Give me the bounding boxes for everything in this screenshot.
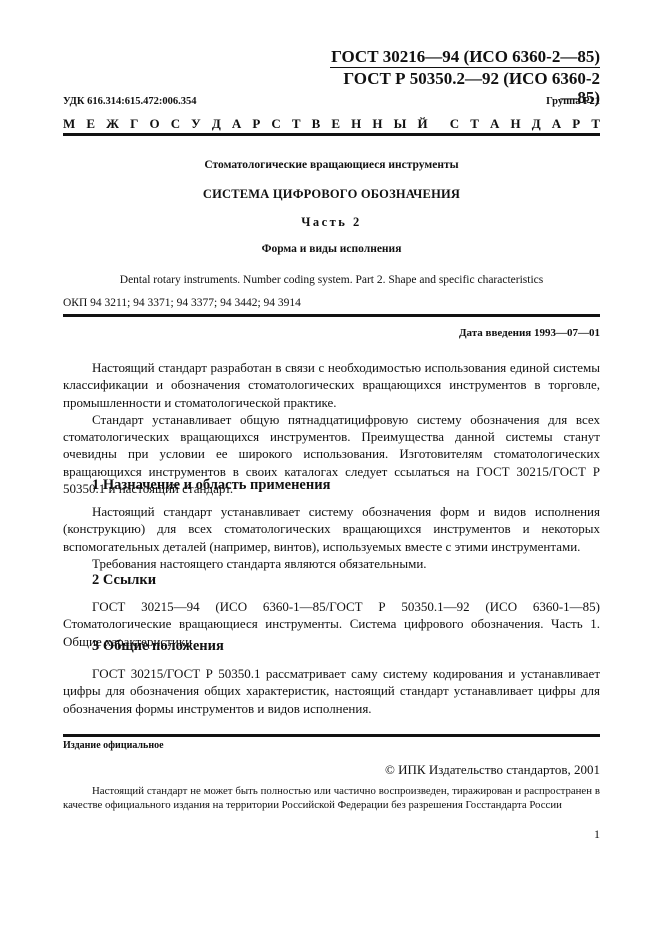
banner-letter: Д	[212, 116, 221, 132]
gost-interstate-number: ГОСТ 30216—94 (ИСО 6360-2—85)	[330, 47, 600, 68]
banner-letter: М	[63, 116, 75, 132]
banner-letter: С	[271, 116, 280, 132]
standard-type-banner: МЕЖГОСУДАРСТВЕННЫЙСТАНДАРТ	[63, 116, 600, 132]
notice-text: Настоящий стандарт не может быть полност…	[63, 785, 600, 812]
banner-letter: А	[552, 116, 561, 132]
title-rule	[63, 314, 600, 317]
banner-letter: Н	[511, 116, 521, 132]
banner-letter: Н	[351, 116, 361, 132]
official-edition-label: Издание официальное	[63, 740, 164, 751]
section-heading-scope: 1 Назначение и область применения	[92, 477, 330, 494]
document-subject: Стоматологические вращающиеся инструмент…	[63, 159, 600, 171]
footer-rule	[63, 734, 600, 737]
section-paragraph: Требования настоящего стандарта являются…	[63, 555, 600, 572]
document-page: ГОСТ 30216—94 (ИСО 6360-2—85) ГОСТ Р 503…	[0, 0, 661, 936]
banner-letter: Г	[130, 116, 138, 132]
banner-letter: Е	[331, 116, 340, 132]
banner-letter: А	[232, 116, 241, 132]
document-title: СИСТЕМА ЦИФРОВОГО ОБОЗНАЧЕНИЯ	[63, 187, 600, 202]
banner-letter: В	[312, 116, 321, 132]
header-rule	[63, 133, 600, 136]
banner-letter: А	[490, 116, 499, 132]
part-subtitle: Форма и виды исполнения	[63, 243, 600, 255]
banner-letter: Р	[252, 116, 260, 132]
udk-code: УДК 616.314:615.472:006.354	[63, 96, 196, 107]
banner-letter: Й	[417, 116, 427, 132]
banner-letter: Д	[532, 116, 541, 132]
page-number: 1	[594, 827, 600, 842]
banner-letter: Т	[292, 116, 301, 132]
banner-letter: Е	[86, 116, 95, 132]
document-part: Часть 2	[63, 215, 600, 230]
banner-letter: У	[191, 116, 201, 132]
section-body-general: ГОСТ 30215/ГОСТ Р 50350.1 рассматривает …	[63, 665, 600, 717]
okp-codes: ОКП 94 3211; 94 3371; 94 3377; 94 3442; …	[63, 297, 301, 309]
banner-letter: Р	[572, 116, 580, 132]
banner-letter: Т	[591, 116, 600, 132]
section-heading-references: 2 Ссылки	[92, 572, 156, 589]
section-body-scope: Настоящий стандарт устанавливает систему…	[63, 503, 600, 572]
copyright-notice: © ИПК Издательство стандартов, 2001	[385, 762, 600, 778]
intro-paragraph: Настоящий стандарт разработан в связи с …	[63, 359, 600, 411]
group-code: Группа Р21	[546, 96, 600, 107]
banner-letter: Ы	[394, 116, 407, 132]
section-paragraph: ГОСТ 30215/ГОСТ Р 50350.1 рассматривает …	[63, 665, 600, 717]
section-paragraph: Настоящий стандарт устанавливает систему…	[63, 503, 600, 555]
date-introduced: Дата введения 1993—07—01	[459, 327, 600, 339]
banner-letter: С	[450, 116, 459, 132]
banner-letter: С	[171, 116, 180, 132]
banner-letter: О	[149, 116, 159, 132]
section-heading-general: 3 Общие положения	[92, 638, 224, 655]
banner-letter: Ж	[106, 116, 119, 132]
english-title: Dental rotary instruments. Number coding…	[63, 274, 600, 286]
banner-letter: Н	[372, 116, 382, 132]
reproduction-notice: Настоящий стандарт не может быть полност…	[63, 785, 600, 812]
banner-letter: Т	[470, 116, 479, 132]
